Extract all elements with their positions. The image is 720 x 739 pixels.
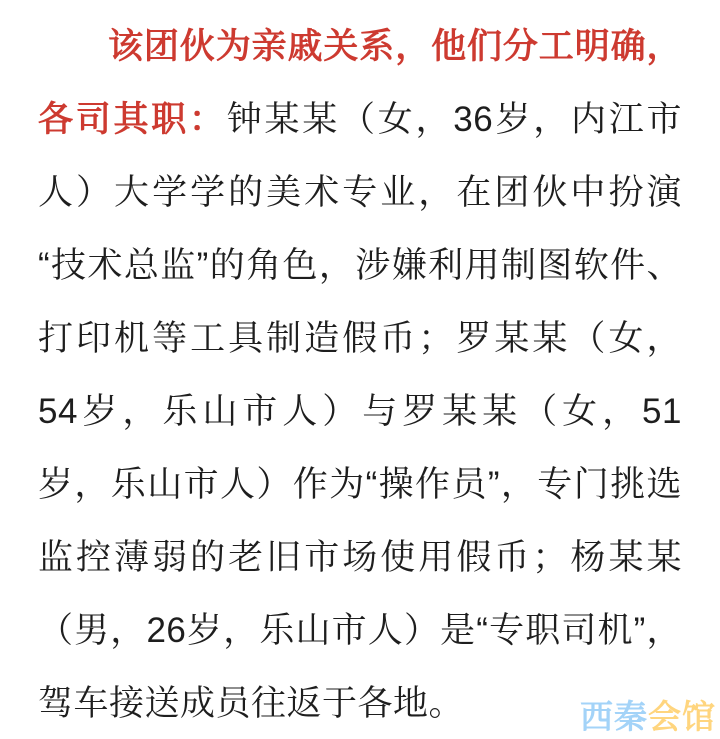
paragraph-line: 岁，乐山市人）作为“操作员”，专门挑选 [38,448,682,521]
paragraph-line: （男，26岁，乐山市人）是“专职司机”， [38,594,682,667]
paragraph-line: 该团伙为亲戚关系，他们分工明确， [38,10,682,83]
watermark: 西秦会馆 [580,700,716,733]
paragraph-line: 监控薄弱的老旧市场使用假币；杨某某 [38,521,682,594]
paragraph-line: 人）大学学的美术专业，在团伙中扮演 [38,156,682,229]
body-text: 人）大学学的美术专业，在团伙中扮演 [38,173,682,212]
watermark-text-blue: 西秦 [580,698,648,735]
paragraph-line: “技术总监”的角色，涉嫌利用制图软件、 [38,229,682,302]
paragraph-line: 各司其职：钟某某（女，36岁，内江市 [38,83,682,156]
body-text: 打印机等工具制造假币；罗某某（女， [38,319,682,358]
body-text: 54岁，乐山市人）与罗某某（女，51 [38,392,682,431]
paragraph-line: 打印机等工具制造假币；罗某某（女， [38,302,682,375]
highlighted-text: 各司其职： [38,100,227,139]
paragraph-line: 54岁，乐山市人）与罗某某（女，51 [38,375,682,448]
body-text: 岁，乐山市人）作为“操作员”，专门挑选 [38,465,682,504]
body-text: “技术总监”的角色，涉嫌利用制图软件、 [38,246,682,285]
body-text: 钟某某（女，36岁，内江市 [227,100,682,139]
watermark-text-orange: 会馆 [648,698,716,735]
body-text: 监控薄弱的老旧市场使用假币；杨某某 [38,538,682,577]
body-text: 驾车接送成员往返于各地。 [38,684,464,723]
body-text: （男，26岁，乐山市人）是“专职司机”， [38,611,682,650]
highlighted-text: 该团伙为亲戚关系，他们分工明确， [108,27,682,66]
article-body: 该团伙为亲戚关系，他们分工明确， 各司其职：钟某某（女，36岁，内江市 人）大学… [0,0,720,739]
